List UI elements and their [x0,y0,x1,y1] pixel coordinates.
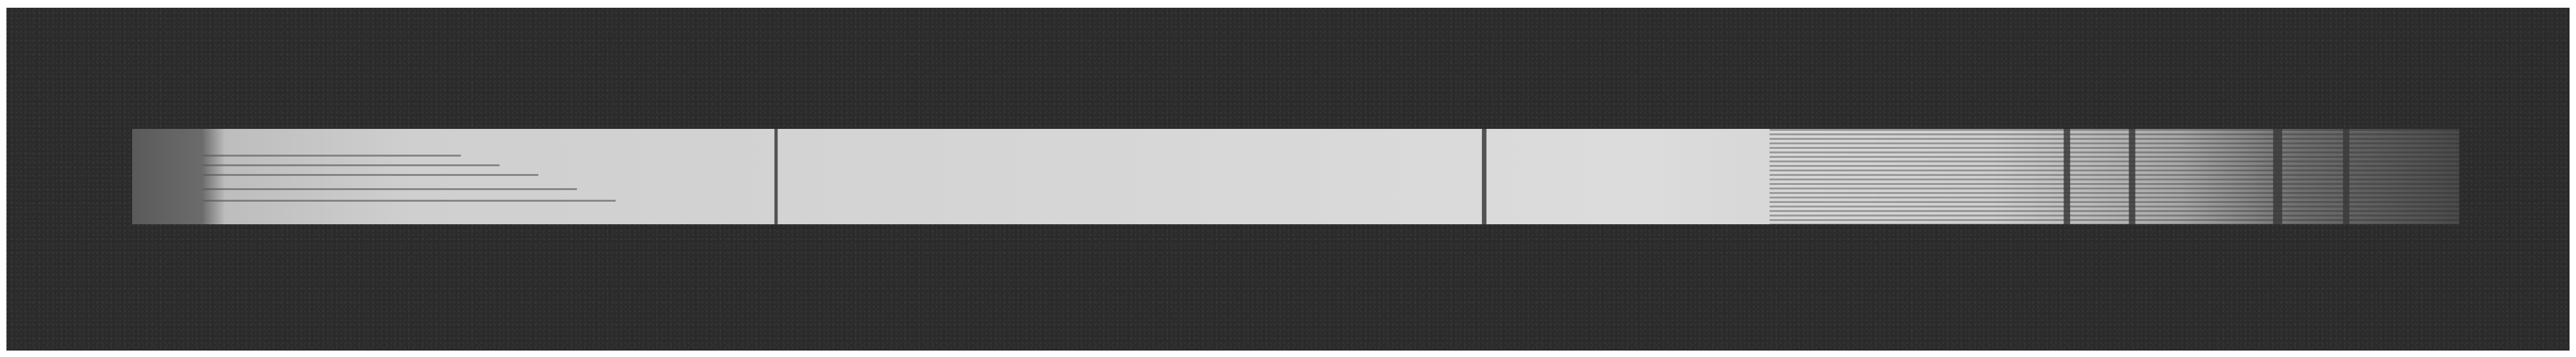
spectrum-plate [6,8,2570,351]
spectrum-strip [132,129,2459,224]
spectrum-graphic [132,129,2459,224]
